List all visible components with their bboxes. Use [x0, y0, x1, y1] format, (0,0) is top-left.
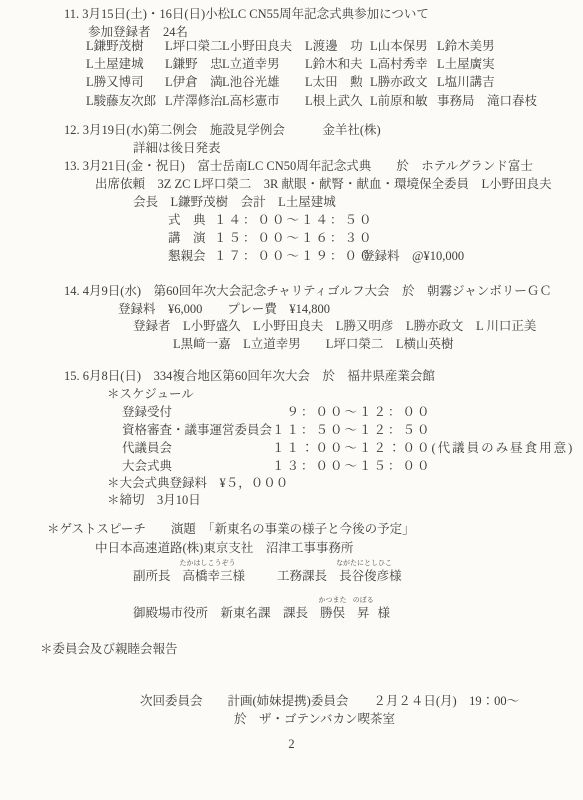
registrant-name: L太田 勲	[305, 74, 370, 92]
speaker-organization: 御殿場市役所 新東名課 課長	[133, 606, 308, 620]
ceremony-row-label: 式 典	[168, 212, 214, 228]
speaker-name-with-ruby: のぼる昇	[357, 605, 370, 621]
registrant-name: L渡邊 功	[305, 38, 370, 56]
registrant-name: L根上武久	[305, 93, 370, 111]
registrant-name: L土屋廣実	[437, 56, 537, 74]
registrant-name: L土屋建城	[86, 56, 165, 74]
schedule-row: 代議員会１１：００～１２：００(代議員のみ昼食用意)	[122, 440, 574, 456]
schedule-row-label: 資格審査・議事運営委員会	[122, 422, 272, 438]
next-committee-meeting: 次回委員会 計画(姉妹提携)委員会 ２月２４日(月) 19：00～	[140, 693, 519, 709]
next-meeting-venue: 於 ザ・ゴテンバカン喫茶室	[234, 711, 395, 727]
agenda-item-12-heading: 12. 3月19日(水)第二例会 施設見学例会 金羊社(株)	[64, 122, 381, 138]
speaker-furigana: かつまた	[319, 596, 347, 604]
schedule-row-time: １１：００～１２：００(代議員のみ昼食用意)	[272, 441, 574, 455]
schedule-row-label: 登録受付	[122, 404, 272, 420]
schedule-row: 登録受付 ９：００～１２：００	[122, 404, 432, 420]
registrant-name: L山本保男	[370, 38, 437, 56]
speaker-name-with-ruby: たかはしこうぞう高橋幸三	[183, 568, 233, 584]
registrant-name: L池谷光雄	[222, 74, 305, 92]
speaker-furigana: ながたにとしひこ	[336, 559, 392, 567]
scanned-meeting-minutes-page: 11. 3月15日(土)・16日(日)小松LC CN55周年記念式典参加について…	[0, 0, 583, 800]
agenda-item-14-heading: 14. 4月9日(水) 第60回年次大会記念チャリティゴルフ大会 於 朝霧ジャン…	[64, 283, 552, 299]
speaker-honorific: 様	[378, 606, 391, 620]
ceremony-row-time: １５：００～１６：３０	[214, 231, 374, 245]
agenda-item-15-heading: 15. 6月8日(日) 334複合地区第60回年次大会 於 福井県産業会館	[64, 368, 435, 384]
speaker-name: 昇	[357, 606, 370, 620]
speaker-name: 長谷俊彦	[339, 569, 389, 583]
registrant-name: L塩川講吉	[437, 74, 537, 92]
schedule-row-time: ９：００～１２：００	[272, 405, 432, 419]
item-15-fee-line: ＊大会式典登録料 ¥５，０００	[107, 475, 288, 491]
schedule-row: 資格審査・議事運営委員会１１：５０～１２：５０	[122, 422, 432, 438]
item-11-registrant-name-grid: L鎌野茂樹 L坪口榮二 L小野田良夫 L渡邊 功 L山本保男 L鈴木美男 L土屋…	[86, 38, 537, 111]
registrant-name: L鎌野茂樹	[86, 38, 165, 56]
committee-report-heading: ＊委員会及び親睦会報告	[40, 641, 178, 657]
registrant-name: L高杉憲市	[222, 93, 305, 111]
speaker-name-with-ruby: かつまた勝俣	[320, 605, 345, 621]
schedule-row-label: 代議員会	[122, 440, 272, 456]
registrant-name: L駿藤友次郎	[86, 93, 165, 111]
speaker-honorific: 様	[389, 569, 402, 583]
registrant-name: L伊倉 満	[165, 74, 222, 92]
item-13-registration-fee: 登録料 @¥10,000	[362, 248, 464, 264]
registrant-name: L高村秀幸	[370, 56, 437, 74]
registrant-name: L立道幸男	[222, 56, 305, 74]
speaker-honorific: 様	[233, 569, 246, 583]
speaker-furigana: たかはしこうぞう	[180, 559, 236, 567]
registrant-name: L勝亦政文	[370, 74, 437, 92]
item-15-schedule-label: ＊スケジュール	[107, 386, 194, 402]
agenda-item-11-heading: 11. 3月15日(土)・16日(日)小松LC CN55周年記念式典参加について	[64, 6, 429, 22]
registrant-name: L勝又博司	[86, 74, 165, 92]
registrant-name: L鎌野 忠	[165, 56, 222, 74]
item-13-officers: 会長 L鎌野茂樹 会計 L土屋建城	[133, 194, 336, 210]
guest-speaker-line: 副所長たかはしこうぞう高橋幸三様工務課長ながたにとしひこ長谷俊彦様	[133, 568, 402, 584]
registrant-name: L小野田良夫	[222, 38, 305, 56]
ceremony-row-label: 講 演	[168, 230, 214, 246]
ceremony-schedule-row: 講 演１５：００～１６：３０	[168, 230, 374, 246]
item-14-fees: 登録料 ¥6,000 プレー費 ¥14,800	[118, 301, 330, 317]
ceremony-row-time: １７：００～１９：００	[214, 249, 374, 263]
speaker-name: 勝俣	[320, 606, 345, 620]
schedule-row-label: 大会式典	[122, 458, 272, 474]
item-14-registrants-row: L黒﨑一嘉 L立道幸男 L坪口榮二 L横山英樹	[173, 336, 454, 352]
schedule-row-time: １１：５０～１２：５０	[272, 423, 432, 437]
guest-speaker-line: 御殿場市役所 新東名課 課長かつまた勝俣のぼる昇様	[133, 605, 390, 621]
item-13-attendance-request: 出席依頼 3Z ZC L坪口榮二 3R 献眼・献腎・献血・環境保全委員 L小野田…	[95, 176, 552, 192]
registrant-name: L鈴木和夫	[305, 56, 370, 74]
speaker-furigana: のぼる	[353, 596, 374, 604]
ceremony-row-label: 懇親会	[168, 248, 214, 264]
schedule-row: 大会式典１３：００～１５：００	[122, 458, 432, 474]
guest-speech-organization: 中日本高速道路(株)東京支社 沼津工事事務所	[95, 540, 353, 556]
registrant-name: 事務局 滝口春枝	[437, 93, 537, 111]
item-15-deadline: ＊締切 3月10日	[107, 492, 201, 508]
registrant-name: L芹澤修治	[165, 93, 222, 111]
speaker-role: 工務課長	[277, 569, 327, 583]
ceremony-schedule-row: 懇親会１７：００～１９：００ 登録料 @¥10,000	[168, 248, 374, 264]
schedule-row-time: １３：００～１５：００	[272, 459, 432, 473]
registrant-name: L前原和敏	[370, 93, 437, 111]
page-number: 2	[0, 736, 583, 752]
speaker-name-with-ruby: ながたにとしひこ長谷俊彦	[339, 568, 389, 584]
speaker-role: 副所長	[133, 569, 171, 583]
ceremony-schedule-row: 式 典１４：００～１４：５０	[168, 212, 374, 228]
item-12-detail: 詳細は後日発表	[133, 140, 221, 156]
speaker-name: 高橋幸三	[183, 569, 233, 583]
item-14-registrants-row: 登録者 L小野盛久 L小野田良夫 L勝又明彦 L勝亦政文 L 川口正美	[133, 318, 536, 334]
registrant-name: L坪口榮二	[165, 38, 222, 56]
registrant-name: L鈴木美男	[437, 38, 537, 56]
guest-speech-topic: ＊ゲストスピーチ 演題 「新東名の事業の様子と今後の予定」	[47, 521, 415, 537]
agenda-item-13-heading: 13. 3月21日(金・祝日) 富士岳南LC CN50周年記念式典 於 ホテルグ…	[64, 158, 533, 174]
ceremony-row-time: １４：００～１４：５０	[214, 213, 374, 227]
